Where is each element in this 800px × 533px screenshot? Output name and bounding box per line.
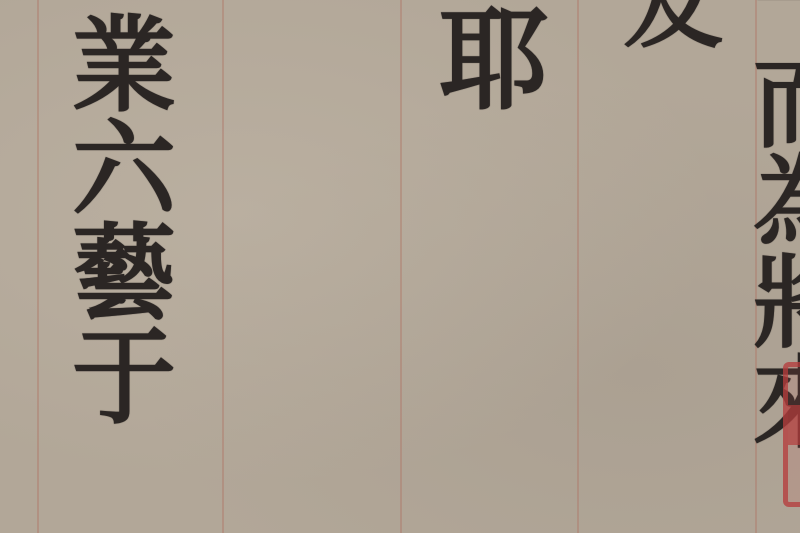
ruled-line bbox=[400, 0, 402, 533]
ruled-line bbox=[577, 0, 579, 533]
calligraphy-paper: 一而為將來友 耶 業六藝于 bbox=[0, 0, 800, 533]
red-seal-stamp bbox=[783, 362, 800, 507]
ruled-line bbox=[222, 0, 224, 533]
calligraphy-column-right: 一而為將來友 bbox=[600, 0, 800, 533]
calligraphy-column-left: 業六藝于 bbox=[55, 10, 175, 426]
seal-mark bbox=[788, 405, 800, 445]
calligraphy-column-middle: 耶 bbox=[420, 2, 550, 112]
ruled-line bbox=[37, 0, 39, 533]
